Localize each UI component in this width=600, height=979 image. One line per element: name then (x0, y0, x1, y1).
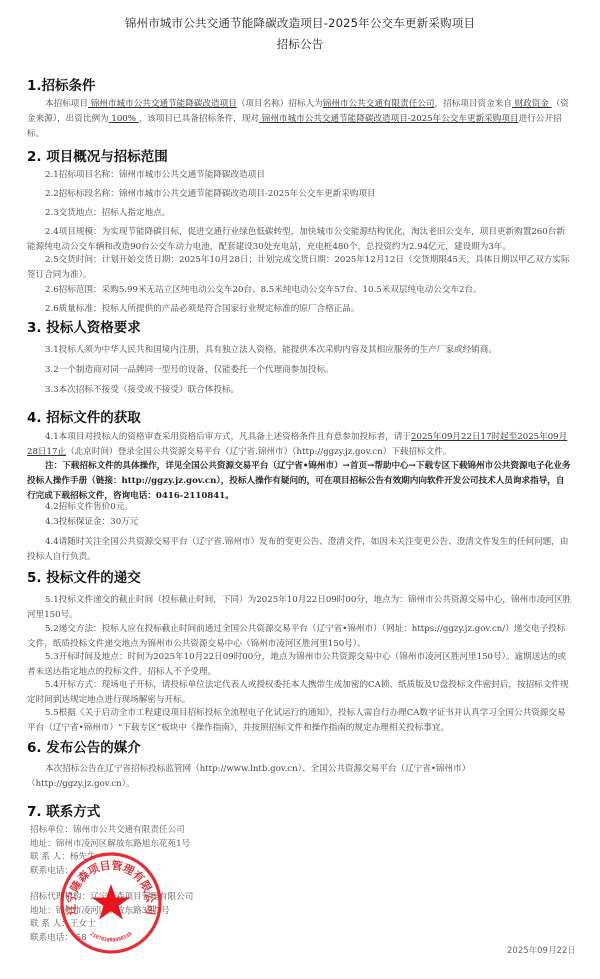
tenderer-address: 地址：锦州市凌河区解放东路旭东花苑1号 (30, 838, 190, 852)
section-1-heading: 1.招标条件 (27, 74, 96, 94)
announcement-date: 2025年09月22日 (507, 944, 576, 956)
section-5-item: 5.2递交方法：投标人应在投标截止时间前通过全国公共资源交易平台（辽宁省•锦州市… (27, 622, 573, 652)
section-3-item: 3.1投标人须为中华人民共和国境内注册，具有独立法人资格，能提供本次采购内容及其… (27, 343, 573, 358)
bid-bond-value: ：30万元 (102, 517, 139, 527)
tender-announcement-page: 锦州市城市公共交通节能降碳改造项目-2025年公交车更新采购项目 招标公告 1.… (0, 0, 600, 979)
section-2-item: 2.1招标项目名称：锦州市城市公共交通节能降碳改造项目 (27, 168, 573, 183)
section-2-heading: 2. 项目概况与招标范围 (27, 145, 168, 165)
section-7-heading: 7. 联系方式 (27, 800, 100, 820)
document-subtitle: 招标公告 (0, 36, 600, 52)
seal-number: 210703000000338 (89, 931, 134, 944)
section-2-item: 2.5交货时间：计划开始交货日期：2025年10月28日；计划完成交货日期：20… (27, 253, 573, 283)
fund-ratio: 100% (109, 114, 139, 124)
official-seal-icon: 辽宁隆森项目管理有限公司 210703000000338 (59, 851, 163, 955)
section-2-item: 2.6招标范围：采购5.99米无站立区纯电动公交车20台、8.5米纯电动公交车5… (27, 283, 573, 298)
text: 本招标项目 (45, 99, 88, 109)
section-6-heading: 6. 发布公告的媒介 (27, 736, 141, 756)
section-5-heading: 5. 投标文件的递交 (27, 566, 141, 586)
text: ，招标项目资金来自 (435, 99, 512, 109)
section-4-item-3: 4.3投标保证金：30万元 (27, 515, 573, 530)
section-3-item: 3.2一个制造商对同一品牌同一型号的设备，仅能委托一个代理商参加投标。 (27, 363, 573, 378)
text: （项目名称）招标人为 (237, 99, 323, 109)
section-2-item: 2.6质量标准：投标人所提供的产品必须是符合国家行业规定标准的原厂合格正品。 (27, 302, 573, 317)
section-4-item-1: 4.1本项目对投标人的资格审查采用资格后审方式，凡具备上述资格条件且有意参加投标… (27, 430, 573, 460)
section-2-item: 2.3交货地点：招标人指定地点。 (27, 206, 573, 221)
svg-text:210703000000338: 210703000000338 (89, 931, 134, 944)
section-3-item: 3.3本次招标不接受（接受或不接受）联合体投标。 (27, 383, 573, 398)
document-title: 锦州市城市公共交通节能降碳改造项目-2025年公交车更新采购项目 (0, 15, 600, 31)
tenderer-unit: 招标单位：锦州市公共交通有限责任公司 (30, 824, 190, 838)
tender-target: 锦州市城市公共交通节能降碳改造项目-2025年公交车更新采购项目 (259, 114, 519, 124)
text: （北京时间）登录全国公共资源交易平台（辽宁省.锦州市）（http://ggzy.… (66, 447, 451, 457)
section-5-item: 5.4开标方式：现场电子开标，请投标单位法定代表人或授权委托本人携带生成加密的C… (27, 678, 573, 708)
section-2-item: 2.2招标标段名称：锦州市城市公共交通节能降碳改造项目-2025年公交车更新采购… (27, 187, 573, 202)
text: 4.1本项目对投标人的资格审查采用资格后审方式，凡具备上述资格条件且有意参加投标… (45, 432, 411, 442)
text: 4.3 (45, 517, 59, 527)
section-5-item: 5.1投标文件递交的截止时间（投标截止时间，下同）为2025年10月22日09时… (27, 593, 573, 623)
text: ，该项目已具备招标条件，现对 (139, 114, 259, 124)
section-1-paragraph: 本招标项目 锦州市城市公共交通节能降碳改造项目（项目名称）招标人为锦州市公共交通… (27, 97, 573, 142)
project-name: 锦州市城市公共交通节能降碳改造项目 (88, 99, 237, 109)
section-6-text: 本次招标公告在辽宁省招标投标监管网（http://www.lntb.gov.cn… (27, 762, 573, 792)
section-5-item: 5.3开标时间及地点：时间为2025年10月22日09时00分，地点为锦州市公共… (27, 650, 573, 680)
tenderer-name: 锦州市公共交通有限责任公司 (323, 99, 435, 109)
section-4-item-2: 4.2招标文件售价0元。 (27, 500, 573, 515)
fund-source: 财政资金 (512, 99, 552, 109)
section-2-item: 2.4项目规模：为实现节能降碳目标，促进交通行业绿色低碳转型，加快城市公交能源结… (27, 225, 573, 255)
section-3-heading: 3. 投标人资格要求 (27, 316, 141, 336)
section-4-note: 注：下载招标文件的具体操作，详见全国公共资源交易平台（辽宁省•锦州市）→首页→帮… (27, 459, 573, 504)
section-4-item-4: 4.4请随时关注全国公共资源交易平台（辽宁省.锦州市）发布的变更公告、澄清文件，… (27, 535, 573, 565)
section-4-heading: 4. 招标文件的获取 (27, 406, 141, 426)
bid-bond-label: 投标保证金 (59, 517, 102, 527)
section-5-item: 5.5根据《关于启动全市工程建设项目招标投标全流程电子化试运行的通知》，投标人需… (27, 706, 573, 736)
